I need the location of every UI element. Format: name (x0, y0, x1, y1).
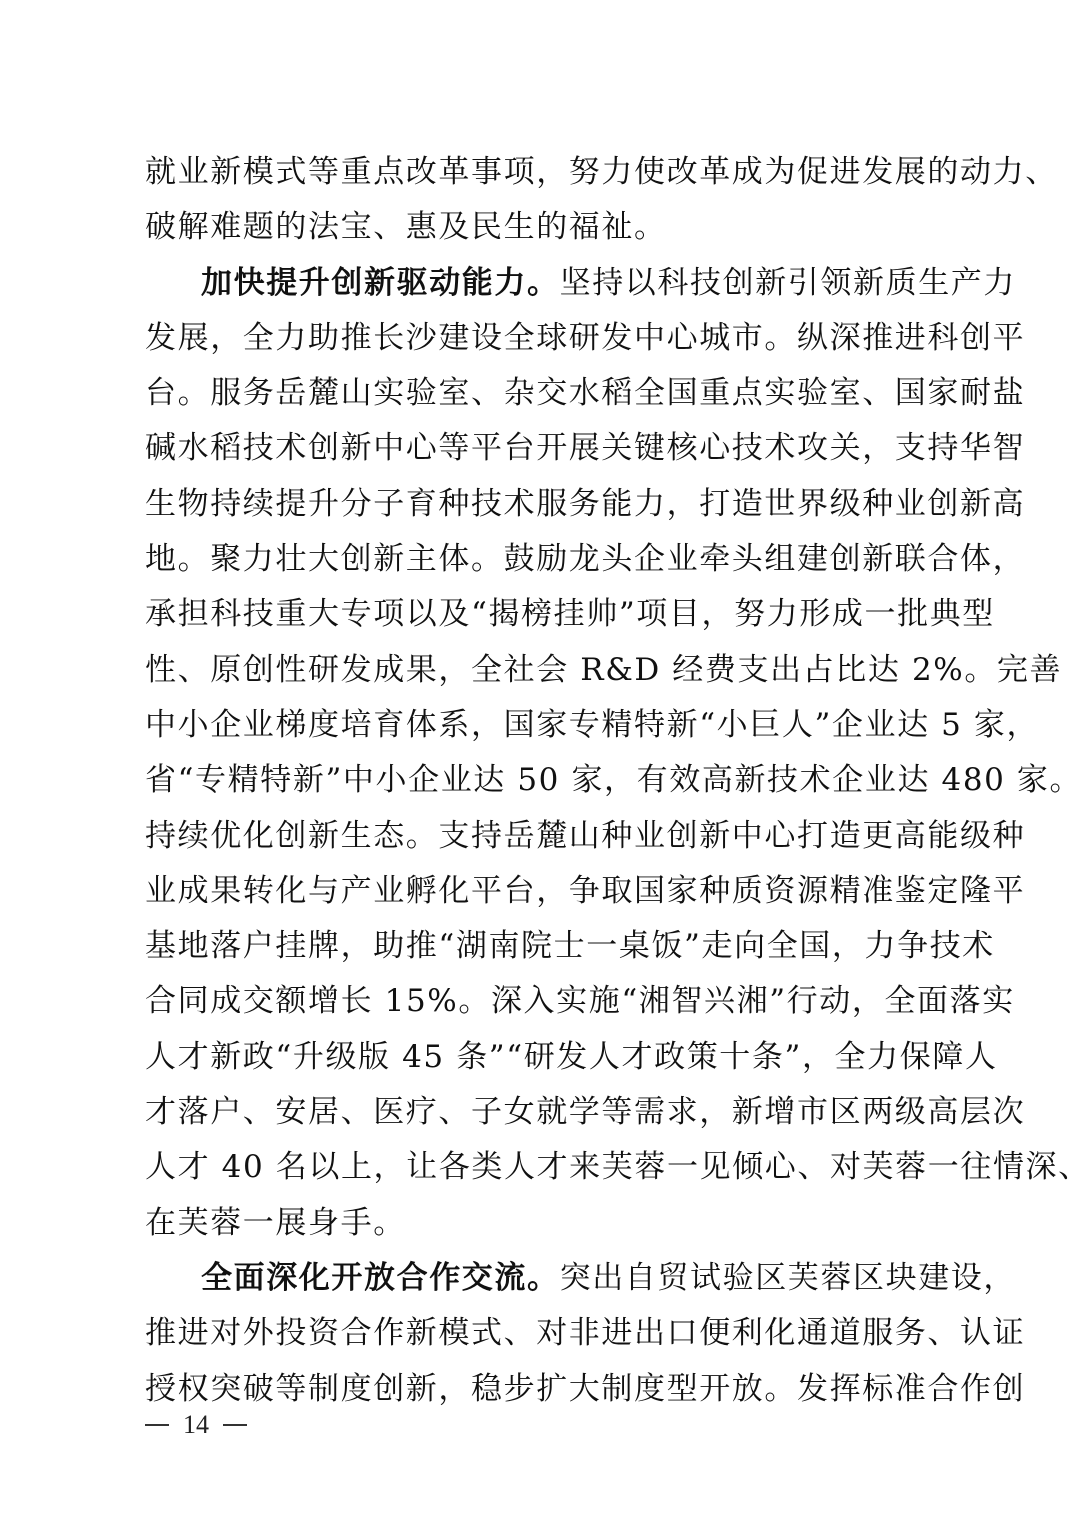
text-line: 人才新政“升级版 45 条”“研发人才政策十条”，全力保障人 (145, 1030, 937, 1085)
text-line: 生物持续提升分子育种技术服务能力，打造世界级种业创新高 (145, 477, 937, 532)
text-line: 发展，全力助推长沙建设全球研发中心城市。纵深推进科创平 (145, 311, 937, 366)
text-line: 持续优化创新生态。支持岳麓山种业创新中心打造更高能级种 (145, 809, 937, 864)
text-line: 推进对外投资合作新模式、对非进出口便利化通道服务、认证 (145, 1306, 937, 1361)
text-run: 坚持以科技创新引领新质生产力 (560, 265, 1016, 301)
text-line: 才落户、安居、医疗、子女就学等需求，新增市区两级高层次 (145, 1085, 937, 1140)
text-line: 基地落户挂牌，助推“湖南院士一桌饭”走向全国，力争技术 (145, 919, 937, 974)
paragraph-first-line: 加快提升创新驱动能力。坚持以科技创新引领新质生产力 (145, 256, 937, 311)
document-page: 就业新模式等重点改革事项，努力使改革成为促进发展的动力、 破解难题的法宝、惠及民… (145, 145, 937, 1417)
dash-right (223, 1424, 247, 1426)
text-line: 在芙蓉一展身手。 (145, 1196, 937, 1251)
text-line: 就业新模式等重点改革事项，努力使改革成为促进发展的动力、 (145, 145, 937, 200)
text-line: 授权突破等制度创新，稳步扩大制度型开放。发挥标准合作创 (145, 1362, 937, 1417)
text-run: 突出自贸试验区芙蓉区块建设， (560, 1260, 1016, 1296)
page-footer: 14 (145, 1410, 247, 1440)
text-line: 合同成交额增长 15%。深入实施“湘智兴湘”行动，全面落实 (145, 974, 937, 1029)
page-number: 14 (183, 1410, 209, 1440)
text-line: 性、原创性研发成果，全社会 R&D 经费支出占比达 2%。完善 (145, 643, 937, 698)
text-line: 业成果转化与产业孵化平台，争取国家种质资源精准鉴定隆平 (145, 864, 937, 919)
text-line: 地。聚力壮大创新主体。鼓励龙头企业牵头组建创新联合体， (145, 532, 937, 587)
text-line: 破解难题的法宝、惠及民生的福祉。 (145, 200, 937, 255)
section-heading: 加快提升创新驱动能力。 (201, 265, 560, 301)
paragraph-first-line: 全面深化开放合作交流。突出自贸试验区芙蓉区块建设， (145, 1251, 937, 1306)
text-line: 人才 40 名以上，让各类人才来芙蓉一见倾心、对芙蓉一往情深、 (145, 1140, 937, 1195)
text-line: 中小企业梯度培育体系，国家专精特新“小巨人”企业达 5 家， (145, 698, 937, 753)
text-line: 省“专精特新”中小企业达 50 家，有效高新技术企业达 480 家。 (145, 753, 937, 808)
text-line: 台。服务岳麓山实验室、杂交水稻全国重点实验室、国家耐盐 (145, 366, 937, 421)
section-heading: 全面深化开放合作交流。 (201, 1260, 560, 1296)
text-line: 承担科技重大专项以及“揭榜挂帅”项目，努力形成一批典型 (145, 587, 937, 642)
text-line: 碱水稻技术创新中心等平台开展关键核心技术攻关，支持华智 (145, 421, 937, 476)
dash-left (145, 1424, 169, 1426)
